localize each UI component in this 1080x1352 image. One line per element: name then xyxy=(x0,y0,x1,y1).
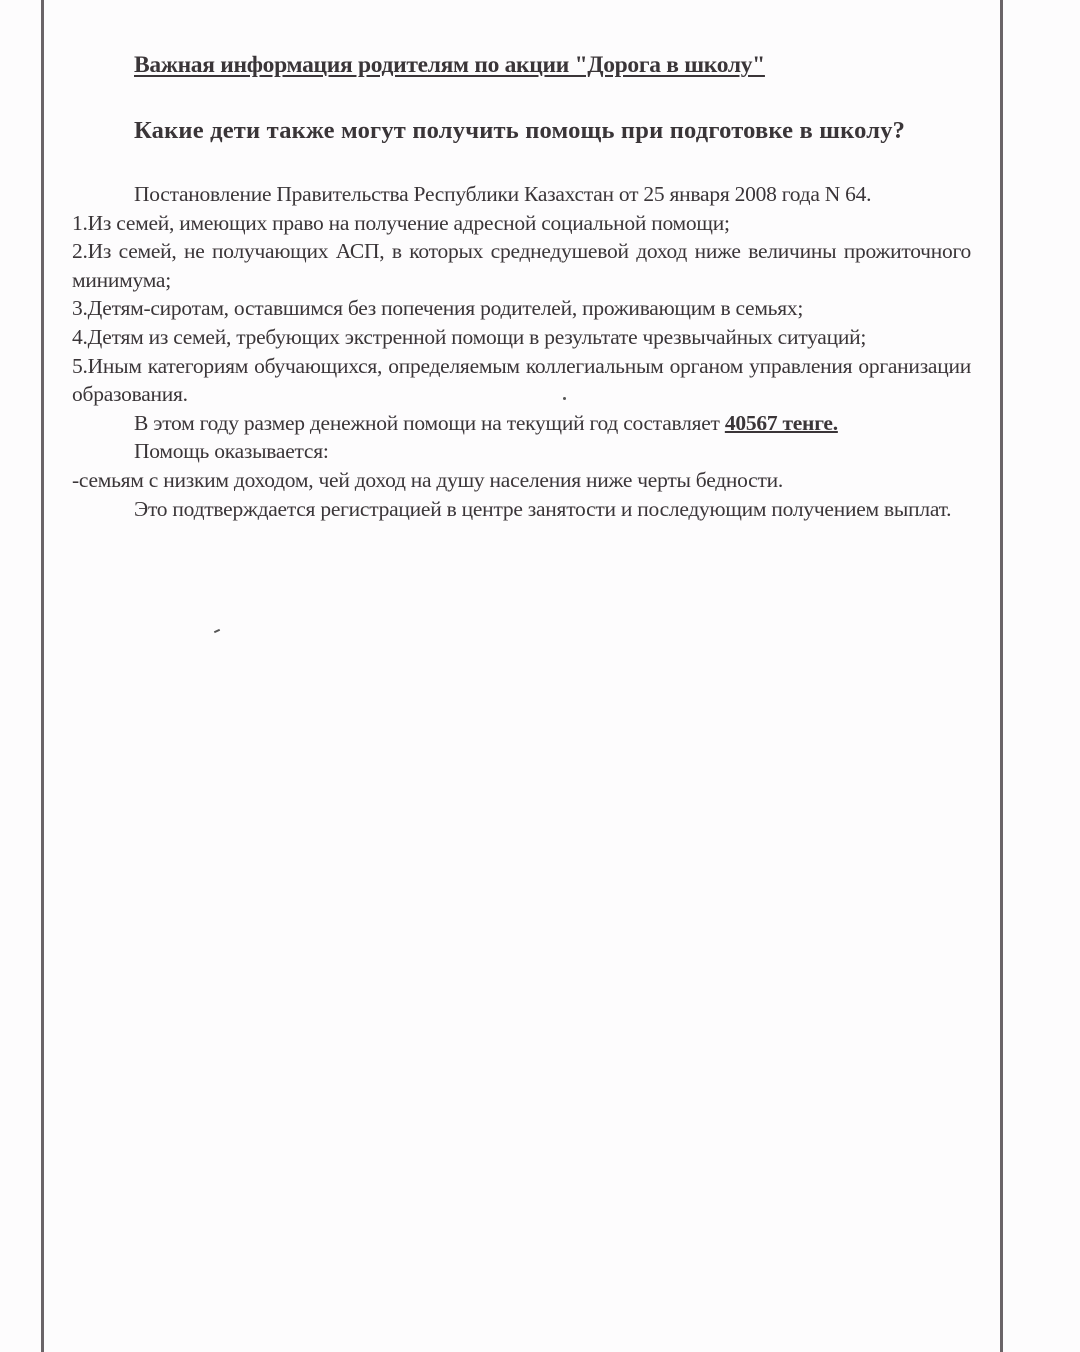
list-item-2: 2.Из семей, не получающих АСП, в которых… xyxy=(72,237,971,294)
scan-speck xyxy=(563,397,566,400)
document-subtitle: Какие дети также могут получить помощь п… xyxy=(72,115,971,147)
amount-paragraph: В этом году размер денежной помощи на те… xyxy=(72,409,971,438)
amount-value: 40567 тенге. xyxy=(725,411,838,435)
document-title: Важная информация родителям по акции "До… xyxy=(134,52,934,79)
help-heading: Помощь оказывается: xyxy=(72,437,971,466)
list-item-5: 5.Иным категориям обучающихся, определяе… xyxy=(72,352,971,409)
list-item-1: 1.Из семей, имеющих право на получение а… xyxy=(72,209,971,238)
page-border-left xyxy=(41,0,44,1352)
amount-text: В этом году размер денежной помощи на те… xyxy=(134,411,725,435)
scan-speck xyxy=(214,629,220,633)
list-item-4: 4.Детям из семей, требующих экстренной п… xyxy=(72,323,971,352)
confirmation-paragraph: Это подтверждается регистрацией в центре… xyxy=(72,495,971,524)
list-item-3: 3.Детям-сиротам, оставшимся без попечени… xyxy=(72,294,971,323)
document-body: Постановление Правительства Республики К… xyxy=(72,180,971,523)
page-border-right xyxy=(1000,0,1003,1352)
help-item: -семьям с низким доходом, чей доход на д… xyxy=(72,466,971,495)
decree-reference: Постановление Правительства Республики К… xyxy=(72,180,971,209)
